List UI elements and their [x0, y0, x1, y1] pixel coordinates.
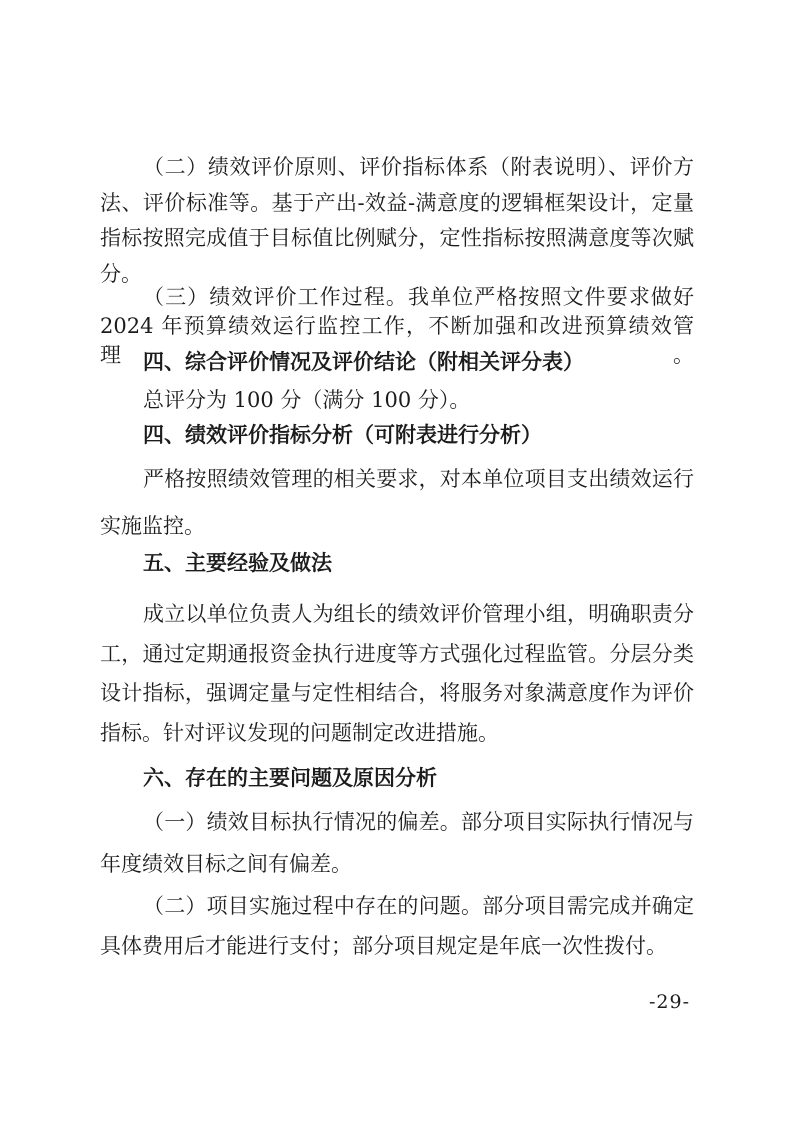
text-line: （二）绩效评价原则、评价指标体系（附表说明）、评价方	[100, 150, 694, 186]
paragraph-target-deviation: （一）绩效目标执行情况的偏差。部分项目实际执行情况与 年度绩效目标之间有偏差。	[100, 801, 694, 885]
text-line: 工，通过定期通报资金执行进度等方式强化过程监管。分层分类	[100, 635, 694, 675]
paragraph-evaluation-principles: （二）绩效评价原则、评价指标体系（附表说明）、评价方 法、评价标准等。基于产出-…	[100, 150, 694, 292]
heading-line: 四、综合评价情况及评价结论（附相关评分表）	[100, 347, 694, 377]
text-line: （二）项目实施过程中存在的问题。部分项目需完成并确定	[100, 886, 694, 926]
text-line: （三）绩效评价工作过程。我单位严格按照文件要求做好	[100, 283, 694, 312]
document-page: （二）绩效评价原则、评价指标体系（附表说明）、评价方 法、评价标准等。基于产出-…	[0, 0, 793, 1122]
heading-line: 五、主要经验及做法	[100, 548, 694, 578]
text-line: 指标。针对评议发现的问题制定改进措施。	[100, 714, 694, 754]
paragraph-experience-details: 成立以单位负责人为组长的绩效评价管理小组，明确职责分 工，通过定期通报资金执行进…	[100, 595, 694, 753]
paragraph-total-score: 总评分为 100 分（满分 100 分）。	[100, 385, 694, 415]
heading-main-experience: 五、主要经验及做法	[100, 548, 694, 578]
text-line: 法、评价标准等。基于产出-效益-满意度的逻辑框架设计，定量	[100, 186, 694, 222]
text-line: 年度绩效目标之间有偏差。	[100, 843, 694, 885]
text-line: 指标按照完成值于目标值比例赋分，定性指标按照满意度等次赋	[100, 221, 694, 257]
paragraph-implementation-problems: （二）项目实施过程中存在的问题。部分项目需完成并确定 具体费用后才能进行支付；部…	[100, 886, 694, 966]
heading-main-problems: 六、存在的主要问题及原因分析	[100, 763, 694, 793]
heading-line: 六、存在的主要问题及原因分析	[100, 763, 694, 793]
page-number: -29-	[649, 991, 690, 1013]
heading-line: 四、绩效评价指标分析（可附表进行分析）	[100, 420, 694, 450]
text-line: 设计指标，强调定量与定性相结合，将服务对象满意度作为评价	[100, 674, 694, 714]
heading-indicator-analysis: 四、绩效评价指标分析（可附表进行分析）	[100, 420, 694, 450]
text-line: 总评分为 100 分（满分 100 分）。	[100, 385, 694, 415]
text-line: 成立以单位负责人为组长的绩效评价管理小组，明确职责分	[100, 595, 694, 635]
text-line: 具体费用后才能进行支付；部分项目规定是年底一次性拨付。	[100, 926, 694, 966]
text-line: （一）绩效目标执行情况的偏差。部分项目实际执行情况与	[100, 801, 694, 843]
text-line: 实施监控。	[100, 503, 694, 550]
paragraph-monitoring: 严格按照绩效管理的相关要求，对本单位项目支出绩效运行 实施监控。	[100, 456, 694, 550]
heading-overall-evaluation: 四、综合评价情况及评价结论（附相关评分表）	[100, 347, 694, 377]
text-line: 严格按照绩效管理的相关要求，对本单位项目支出绩效运行	[100, 456, 694, 503]
